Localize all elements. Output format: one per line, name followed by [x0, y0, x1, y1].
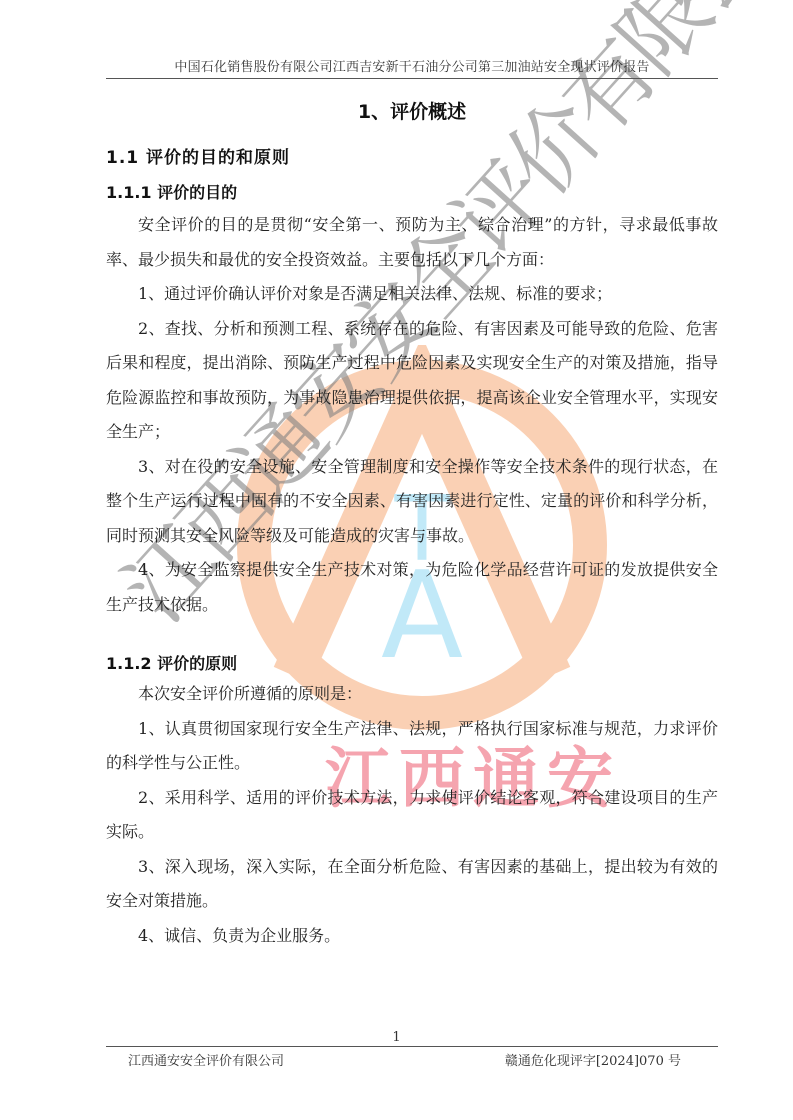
section-title: 1.1 评价的目的和原则: [106, 143, 290, 168]
footer-divider: [106, 1046, 718, 1047]
purpose-section: 安全评价的目的是贯彻“安全第一、预防为主、综合治理”的方针，寻求最低事故率、最少…: [106, 208, 718, 622]
principles-section: 本次安全评价所遵循的原则是： 1、认真贯彻国家现行安全生产法律、法规，严格执行国…: [106, 677, 718, 953]
paragraph: 2、查找、分析和预测工程、系统存在的危险、有害因素及可能导致的危险、危害后果和程…: [106, 312, 718, 450]
paragraph: 3、深入现场，深入实际，在全面分析危险、有害因素的基础上，提出较为有效的安全对策…: [106, 850, 718, 919]
paragraph: 1、通过评价确认评价对象是否满足相关法律、法规、标准的要求；: [106, 277, 718, 312]
paragraph: 3、对在役的安全设施、安全管理制度和安全操作等安全技术条件的现行状态，在整个生产…: [106, 450, 718, 554]
paragraph: 4、诚信、负责为企业服务。: [106, 919, 718, 954]
subsection-title-principles: 1.1.2 评价的原则: [106, 651, 237, 674]
paragraph: 1、认真贯彻国家现行安全生产法律、法规，严格执行国家标准与规范，力求评价的科学性…: [106, 712, 718, 781]
paragraph: 4、为安全监察提供安全生产技术对策，为危险化学品经营许可证的发放提供安全生产技术…: [106, 553, 718, 622]
running-header: 中国石化销售股份有限公司江西吉安新干石油分公司第三加油站安全现状评价报告: [106, 56, 718, 75]
page-number: 1: [0, 1030, 793, 1045]
document-page: A T 江西通安 江西通安安全评价有限公司 中国石化销售股份有限公司江西吉安新干…: [0, 0, 793, 1120]
paragraph: 安全评价的目的是贯彻“安全第一、预防为主、综合治理”的方针，寻求最低事故率、最少…: [106, 208, 718, 277]
paragraph: 2、采用科学、适用的评价技术方法，力求使评价结论客观，符合建设项目的生产实际。: [106, 781, 718, 850]
paragraph: 本次安全评价所遵循的原则是：: [106, 677, 718, 712]
chapter-title: 1、评价概述: [106, 97, 718, 124]
footer-document-code: 赣通危化现评字[2024]070 号: [505, 1050, 681, 1069]
header-divider: [106, 78, 718, 79]
footer-company: 江西通安安全评价有限公司: [128, 1050, 284, 1069]
subsection-title-purpose: 1.1.1 评价的目的: [106, 180, 237, 203]
